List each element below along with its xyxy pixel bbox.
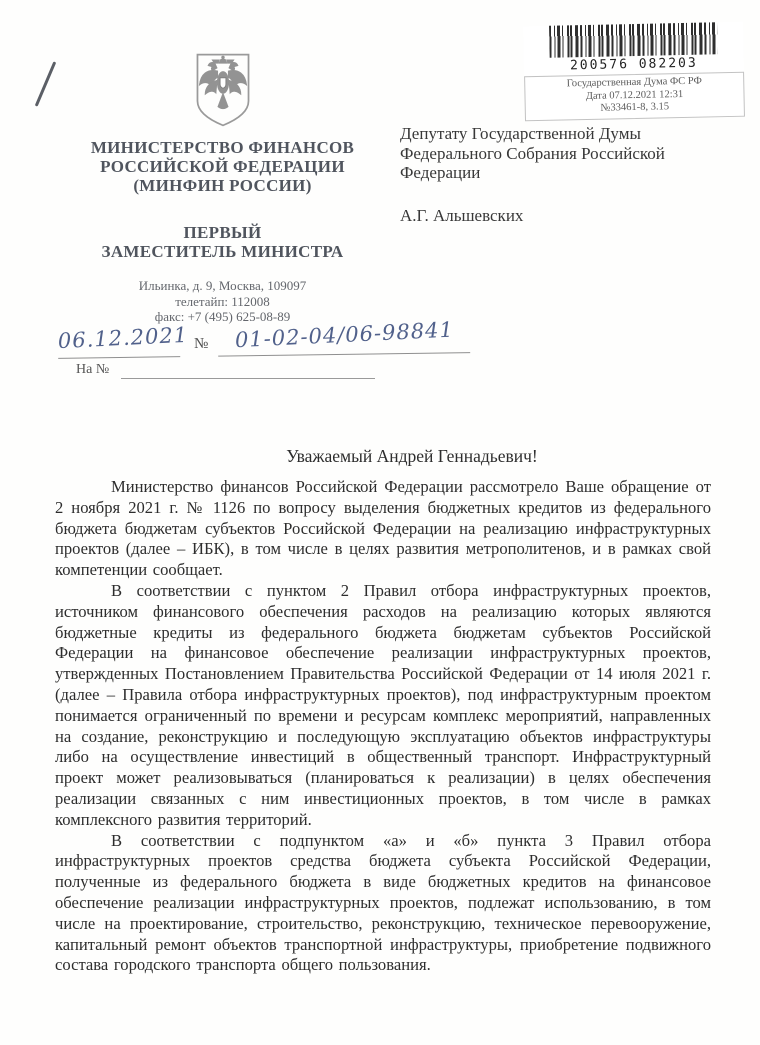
sender-position-title: ПЕРВЫЙ ЗАМЕСТИТЕЛЬ МИНИСТРА — [55, 223, 390, 261]
sender-letterhead: МИНИСТЕРСТВО ФИНАНСОВ РОССИЙСКОЙ ФЕДЕРАЦ… — [55, 52, 390, 325]
recipient-name: А.Г. Альшевских — [400, 206, 735, 226]
recipient-line: Депутату Государственной Думы — [400, 124, 735, 144]
position-title-line: ЗАМЕСТИТЕЛЬ МИНИСТРА — [55, 242, 390, 261]
pen-slash-mark — [35, 61, 57, 106]
reply-to-line: На № — [76, 362, 375, 379]
reference-line: 06.12.2021 № 01-02-04/06-98841 — [58, 323, 471, 359]
ministry-name-line: МИНИСТЕРСТВО ФИНАНСОВ — [55, 138, 390, 157]
sender-address: Ильинка, д. 9, Москва, 109097 телетайп: … — [55, 278, 390, 325]
ministry-name: МИНИСТЕРСТВО ФИНАНСОВ РОССИЙСКОЙ ФЕДЕРАЦ… — [55, 138, 390, 195]
address-line: Ильинка, д. 9, Москва, 109097 — [55, 278, 390, 294]
number-sign: № — [194, 336, 209, 357]
number-rule: 01-02-04/06-98841 — [218, 323, 470, 357]
stamp-text-box: Государственная Дума ФС РФ Дата 07.12.20… — [524, 72, 745, 121]
ministry-name-line: РОССИЙСКОЙ ФЕДЕРАЦИИ — [55, 157, 390, 176]
coat-of-arms-icon — [194, 52, 252, 128]
recipient-line: Федерации — [400, 163, 735, 183]
position-title-line: ПЕРВЫЙ — [55, 223, 390, 242]
barcode-digits: 200576 082203 — [524, 55, 744, 75]
reply-to-label: На № — [76, 362, 109, 379]
letter-body: Министерство финансов Российской Федерац… — [55, 477, 711, 976]
body-paragraph: Министерство финансов Российской Федерац… — [55, 477, 711, 581]
scanned-letter-page: МИНИСТЕРСТВО ФИНАНСОВ РОССИЙСКОЙ ФЕДЕРАЦ… — [0, 0, 760, 1045]
body-paragraph: В соответствии с подпунктом «а» и «б» пу… — [55, 831, 711, 977]
address-line: телетайп: 112008 — [55, 294, 390, 310]
recipient-line: Федерального Собрания Российской — [400, 144, 735, 164]
handwritten-date: 06.12.2021 — [57, 323, 188, 353]
barcode-icon — [549, 22, 718, 58]
registration-stamp: 200576 082203 Государственная Дума ФС РФ… — [523, 22, 745, 121]
date-rule: 06.12.2021 — [58, 327, 180, 359]
body-paragraph: В соответствии с пунктом 2 Правил отбора… — [55, 581, 711, 831]
recipient-block: Депутату Государственной Думы Федерально… — [400, 124, 735, 226]
ministry-name-line: (МИНФИН РОССИИ) — [55, 176, 390, 195]
salutation: Уважаемый Андрей Геннадьевич! — [83, 446, 741, 467]
reply-to-blank-rule — [121, 363, 375, 379]
